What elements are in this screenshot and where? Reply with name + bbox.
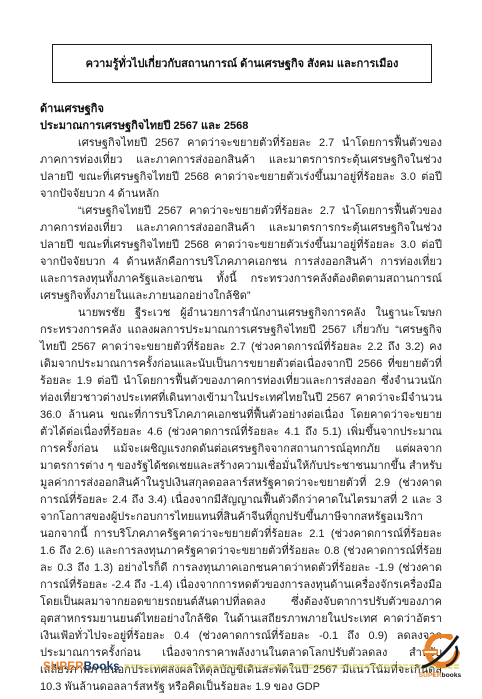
superbooks-logo-icon xyxy=(420,634,460,672)
page-footer: SUPERBooks =============================… xyxy=(0,629,482,681)
sub-heading: ประมาณการเศรษฐกิจไทยปี 2567 และ 2568 xyxy=(40,118,442,135)
publisher-logo: SUPERbooks xyxy=(416,634,464,679)
document-page: ความรู้ทั่วไปเกี่ยวกับสถานการณ์ ด้านเศรษ… xyxy=(0,0,482,699)
footer-brand-books: Books xyxy=(84,661,120,673)
title-box: ความรู้ทั่วไปเกี่ยวกับสถานการณ์ ด้านเศรษ… xyxy=(52,44,432,83)
logo-wordmark: SUPERbooks xyxy=(416,672,464,679)
page-title: ความรู้ทั่วไปเกี่ยวกับสถานการณ์ ด้านเศรษ… xyxy=(86,58,399,70)
footer-divider: ========================================… xyxy=(124,662,460,673)
document-body: ด้านเศรษฐกิจ ประมาณการเศรษฐกิจไทยปี 2567… xyxy=(0,83,482,696)
footer-brand-super: SUPER xyxy=(43,661,84,673)
footer-brand: SUPERBooks xyxy=(43,661,120,673)
logo-wordmark-super: SUPER xyxy=(419,672,442,679)
paragraph-2: “เศรษฐกิจไทยปี 2567 คาดว่าจะขยายตัวที่ร้… xyxy=(40,203,442,305)
paragraph-1: เศรษฐกิจไทยปี 2567 คาดว่าจะขยายตัวที่ร้อ… xyxy=(40,135,442,203)
section-heading: ด้านเศรษฐกิจ xyxy=(40,101,442,118)
logo-wordmark-books: books xyxy=(442,672,462,679)
footer-brand-line: SUPERBooks =============================… xyxy=(43,661,460,673)
